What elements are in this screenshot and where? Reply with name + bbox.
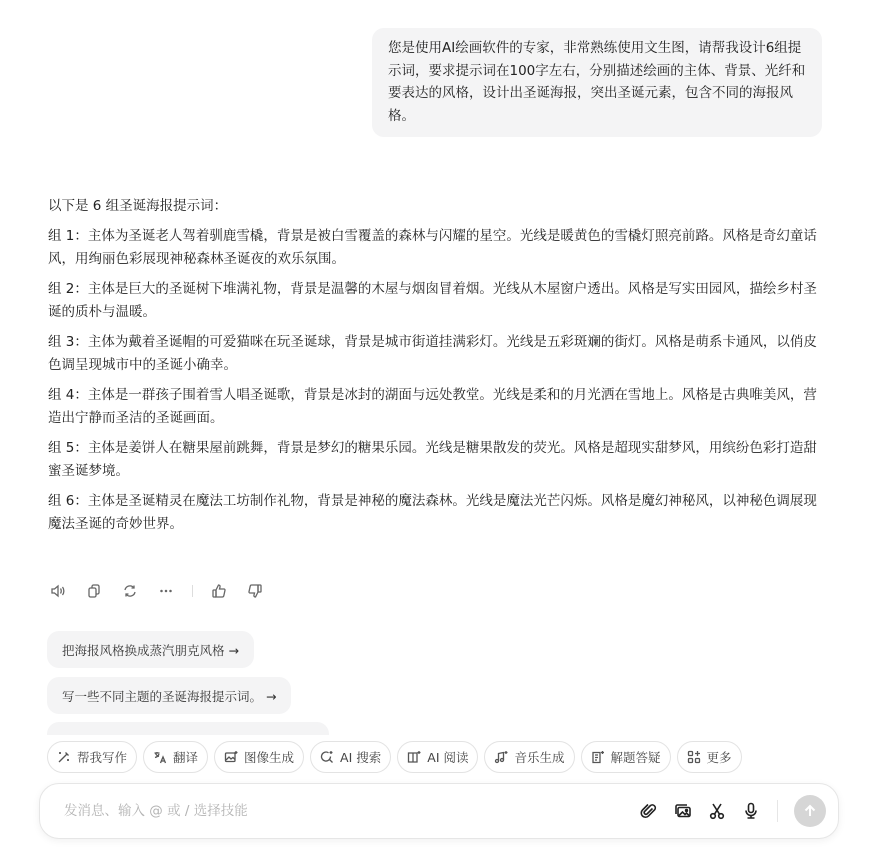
grid-more-icon (687, 750, 701, 764)
assistant-message: 以下是 6 组圣诞海报提示词： 组 1：主体为圣诞老人驾着驯鹿雪橇，背景是被白雪… (48, 195, 828, 543)
skill-label: AI 搜索 (340, 748, 381, 766)
copy-icon (86, 583, 102, 599)
regenerate-icon (122, 583, 138, 599)
prompt-group-3: 组 3：主体为戴着圣诞帽的可爱猫咪在玩圣诞球，背景是城市街道挂满彩灯。光线是五彩… (48, 331, 828, 376)
skill-more[interactable]: 更多 (677, 741, 742, 773)
composer-divider (777, 800, 778, 822)
message-composer (39, 783, 839, 839)
translate-icon (153, 750, 167, 764)
ai-read-icon (407, 750, 421, 764)
skill-label: 解题答疑 (611, 748, 661, 766)
user-message-bubble: 您是使用AI绘画软件的专家，非常熟练使用文生图，请帮我设计6组提示词，要求提示词… (372, 28, 822, 137)
composer-tools (639, 795, 826, 827)
skill-translate[interactable]: 翻译 (143, 741, 208, 773)
dislike-button[interactable] (245, 581, 265, 601)
suggestion-chip-2[interactable]: 写一些不同主题的圣诞海报提示词。 → (47, 677, 291, 714)
skill-label: AI 阅读 (427, 748, 468, 766)
prompt-group-1: 组 1：主体为圣诞老人驾着驯鹿雪橇，背景是被白雪覆盖的森林与闪耀的星空。光线是暖… (48, 225, 828, 270)
user-message-text: 您是使用AI绘画软件的专家，非常熟练使用文生图，请帮我设计6组提示词，要求提示词… (388, 40, 805, 124)
image-gen-icon (224, 750, 238, 764)
assistant-intro: 以下是 6 组圣诞海报提示词： (48, 195, 828, 217)
suggestion-text: 把海报风格换成蒸汽朋克风格 → (62, 641, 239, 659)
more-icon (158, 583, 174, 599)
like-button[interactable] (209, 581, 229, 601)
skill-ai-search[interactable]: AI 搜索 (310, 741, 391, 773)
skill-label: 音乐生成 (514, 748, 564, 766)
attach-button[interactable] (639, 801, 659, 821)
skill-label: 图像生成 (244, 748, 294, 766)
skill-bar: 帮我写作 翻译 图像生成 AI 搜索 AI 阅读 音乐生成 解题答疑 更多 (47, 741, 742, 773)
more-button[interactable] (156, 581, 176, 601)
prompt-group-5: 组 5：主体是姜饼人在糖果屋前跳舞，背景是梦幻的糖果乐园。光线是糖果散发的荧光。… (48, 437, 828, 482)
scissors-icon (708, 802, 726, 820)
skill-image-gen[interactable]: 图像生成 (214, 741, 304, 773)
suggestion-text: 写一些不同主题的圣诞海报提示词。 → (62, 687, 276, 705)
skill-music[interactable]: 音乐生成 (484, 741, 574, 773)
send-button[interactable] (794, 795, 826, 827)
copy-button[interactable] (84, 581, 104, 601)
prompt-group-6: 组 6：主体是圣诞精灵在魔法工坊制作礼物，背景是神秘的魔法森林。光线是魔法光芒闪… (48, 490, 828, 535)
mic-icon (742, 802, 760, 820)
prompt-group-4: 组 4：主体是一群孩子围着雪人唱圣诞歌，背景是冰封的湖面与远处教堂。光线是柔和的… (48, 384, 828, 429)
voice-input-button[interactable] (741, 801, 761, 821)
thumbs-up-icon (211, 583, 227, 599)
attach-icon (640, 802, 658, 820)
speaker-icon (50, 583, 66, 599)
suggestion-chip-3-partial[interactable] (47, 722, 329, 736)
skill-ai-read[interactable]: AI 阅读 (397, 741, 478, 773)
image-upload-button[interactable] (673, 801, 693, 821)
suggestion-chip-1[interactable]: 把海报风格换成蒸汽朋克风格 → (47, 631, 254, 668)
magic-pen-icon (57, 750, 71, 764)
skill-label: 帮我写作 (77, 748, 127, 766)
thumbs-down-icon (247, 583, 263, 599)
arrow-up-icon (802, 803, 818, 819)
image-icon (674, 802, 692, 820)
screenshot-button[interactable] (707, 801, 727, 821)
skill-label: 翻译 (173, 748, 198, 766)
chat-page: 您是使用AI绘画软件的专家，非常熟练使用文生图，请帮我设计6组提示词，要求提示词… (0, 0, 894, 857)
skill-solve[interactable]: 解题答疑 (581, 741, 671, 773)
music-icon (494, 750, 508, 764)
prompt-group-2: 组 2：主体是巨大的圣诞树下堆满礼物，背景是温馨的木屋与烟囱冒着烟。光线从木屋窗… (48, 278, 828, 323)
read-aloud-button[interactable] (48, 581, 68, 601)
actions-divider (192, 585, 193, 597)
solve-icon (591, 750, 605, 764)
message-actions (48, 580, 281, 602)
regenerate-button[interactable] (120, 581, 140, 601)
skill-write[interactable]: 帮我写作 (47, 741, 137, 773)
skill-label: 更多 (707, 748, 732, 766)
message-input[interactable] (64, 803, 639, 819)
ai-search-icon (320, 750, 334, 764)
